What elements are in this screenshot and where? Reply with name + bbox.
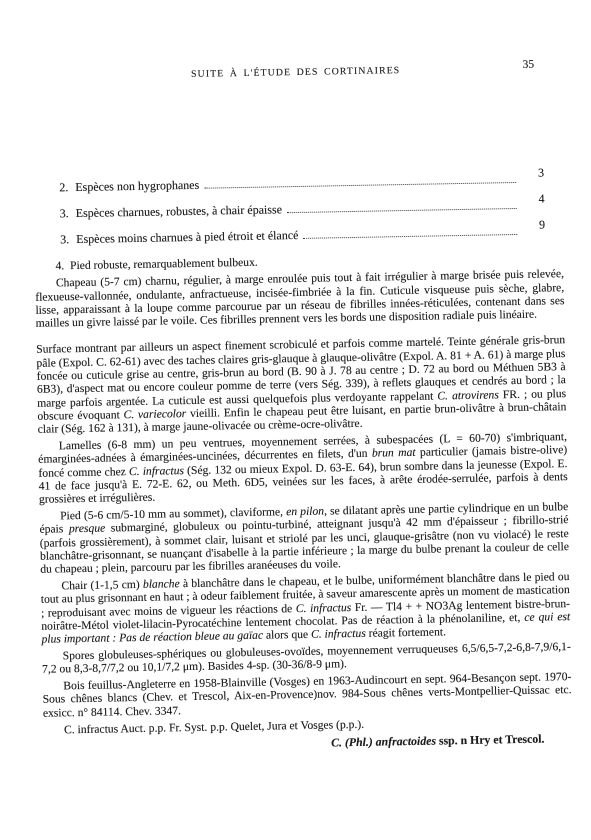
key-index-row: 3.Espèces charnues, robustes, à chair ép… [60, 197, 545, 221]
key-index-number: 3. [60, 232, 69, 247]
page-number: 35 [522, 59, 534, 71]
paragraph-stations: Bois feuillus-Angleterre en 1958-Blainvi… [42, 670, 572, 720]
page-content: SUITE À L'ÉTUDE DES CORTINAIRES 35 2.Esp… [31, 57, 573, 755]
text-segment: brun mat [372, 446, 416, 460]
text-segment: en pilon [286, 505, 324, 519]
species-attribution: C. (Phl.) anfractoides ssp. n Hry et Tre… [43, 732, 572, 755]
paragraph-chair: Chair (1-1,5 cm) blanche à blanchâtre da… [40, 570, 570, 646]
scanned-page: SUITE À L'ÉTUDE DES CORTINAIRES 35 2.Esp… [0, 0, 591, 840]
key-index-page: 9 [523, 217, 545, 232]
text-segment: presque [69, 522, 106, 536]
paragraph-pied: Pied (5-6 cm/5-10 mm au sommet), clavifo… [39, 500, 569, 576]
text-segment: C. variecolor [123, 407, 186, 421]
text-segment: C. (Phl.) anfractoides [331, 733, 436, 749]
key-index-page: 4 [522, 191, 544, 206]
text-segment: alors que [263, 628, 311, 642]
text-segment: C. infractus [129, 464, 184, 478]
dotted-leader [303, 234, 517, 239]
text-segment: blanche [143, 577, 180, 591]
text-segment: C. infractus [296, 601, 352, 615]
key-index-number: 2. [59, 180, 68, 195]
dotted-leader [204, 182, 516, 189]
body-text: 4. Pied robuste, remarquablement bulbeux… [35, 250, 573, 755]
key-index-number: 3. [60, 206, 69, 221]
paragraph-chapeau: Chapeau (5-7 cm) charnu, régulier, à mar… [35, 267, 565, 330]
text-segment: Hry et Trescol. [470, 731, 545, 746]
dotted-leader [287, 208, 517, 213]
text-segment: C. atrovirens [437, 388, 499, 402]
text-segment: Chapeau (5-7 cm) charnu, régulier, à mar… [35, 267, 564, 330]
key-index-row: 3.Espèces moins charnues à pied étroit e… [60, 223, 545, 247]
running-head: SUITE À L'ÉTUDE DES CORTINAIRES 35 [31, 57, 560, 81]
text-segment: Bois feuillus-Angleterre en 1958-Blainvi… [43, 670, 572, 719]
text-segment: C. infractus Auct. p.p. Fr. Syst. p.p. Q… [64, 717, 364, 735]
text-segment: 4. Pied robuste, remarquablement bulbeux… [55, 256, 257, 273]
text-segment: Chair (1-1,5 cm) [61, 578, 143, 592]
paragraph-lamelles: Lamelles (6-8 mm) un peu ventrues, moyen… [38, 430, 568, 506]
key-index-page: 3 [522, 165, 544, 180]
paragraph-surface: Surface montrant par ailleurs un aspect … [36, 334, 567, 437]
running-title: SUITE À L'ÉTUDE DES CORTINAIRES [191, 65, 400, 80]
text-segment: réagit fortement. [366, 626, 446, 640]
text-segment: submarginé, globuleux ou pointu-turbiné,… [40, 513, 569, 576]
key-index: 2.Espèces non hygrophanes33.Espèces char… [33, 171, 563, 248]
key-index-row: 2.Espèces non hygrophanes3 [59, 171, 544, 195]
key-index-label: Espèces moins charnues à pied étroit et … [76, 228, 298, 247]
key-index-label: Espèces charnues, robustes, à chair épai… [76, 202, 282, 221]
key-index-label: Espèces non hygrophanes [75, 178, 199, 195]
text-segment: ssp. n [436, 733, 470, 748]
text-segment: C. infractus [311, 627, 366, 641]
